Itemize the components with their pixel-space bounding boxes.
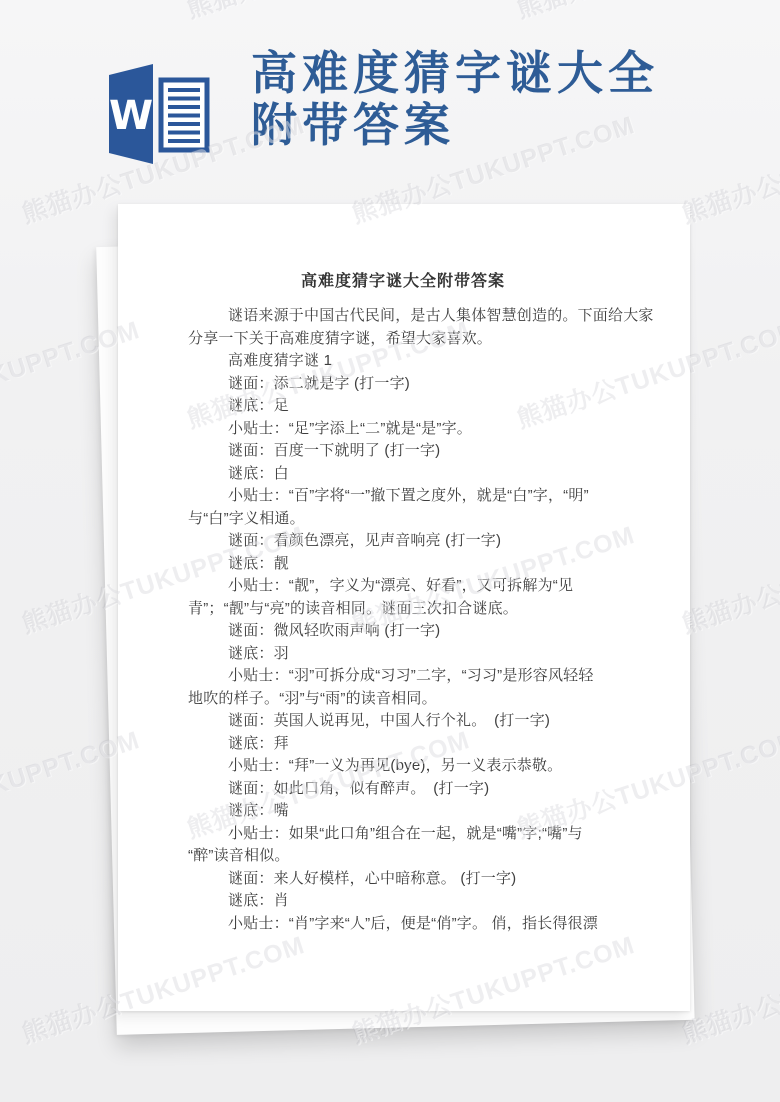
document-line: 谜面：如此口角，似有醉声。 (打一字): [188, 778, 648, 801]
document-line: 谜底：白: [188, 463, 648, 486]
page-title-line2: 附带答案: [251, 100, 659, 152]
page: W 高难度猜字谜大全 附带答案 高难度猜字谜大全附带答案 谜语来源于中国古代民间…: [0, 0, 780, 1102]
word-icon: W: [109, 61, 215, 168]
document-line: 谜面：百度一下就明了 (打一字): [188, 440, 648, 463]
document-line: 谜面：来人好模样，心中暗称意。 (打一字): [188, 868, 648, 891]
document-line: 谜底：羽: [188, 643, 648, 666]
document-line: 小贴士：“足”字添上“二”就是“是”字。: [188, 418, 648, 441]
document-line: “醉”读音相似。: [188, 845, 648, 868]
document-line: 分享一下关于高难度猜字谜，希望大家喜欢。: [188, 328, 648, 351]
document-line: 小贴士：“羽”可拆分成“习习”二字，“习习”是形容风轻轻: [188, 665, 648, 688]
document-line: 谜面：看颜色漂亮，见声音响亮 (打一字): [188, 530, 648, 553]
document-line: 地吹的样子。“羽”与“雨”的读音相同。: [188, 688, 648, 711]
document-line: 谜语来源于中国古代民间，是古人集体智慧创造的。下面给大家: [188, 305, 648, 328]
document-line: 小贴士：“百”字将“一”撤下置之度外，就是“白”字，“明”: [188, 485, 648, 508]
document-line: 谜面：英国人说再见，中国人行个礼。 (打一字): [188, 710, 648, 733]
svg-text:W: W: [109, 93, 153, 139]
document-line: 小贴士：“拜”一义为再见(bye)，另一义表示恭敬。: [188, 755, 648, 778]
document-line: 谜面：微风轻吹雨声响 (打一字): [188, 620, 648, 643]
document-line: 小贴士：“肖”字来“人”后，便是“俏”字。 俏，指长得很漂: [188, 913, 648, 936]
document-line: 谜底：靓: [188, 553, 648, 576]
document-line: 小贴士：如果“此口角”组合在一起，就是“嘴”字;“嘴”与: [188, 823, 648, 846]
document-line: 谜底：嘴: [188, 800, 648, 823]
document-line: 小贴士：“靓”，字义为“漂亮、好看”，又可拆解为“见: [188, 575, 648, 598]
document-line: 谜面：添二就是字 (打一字): [188, 373, 648, 396]
document-line: 谜底：肖: [188, 890, 648, 913]
document-line: 与“白”字义相通。: [188, 508, 648, 531]
page-title-line1: 高难度猜字谜大全: [251, 48, 659, 100]
document-line: 青”；“靓”与“亮”的读音相同。谜面三次扣合谜底。: [188, 598, 648, 621]
document-line: 高难度猜字谜 1: [188, 350, 648, 373]
document-line: 谜底：拜: [188, 733, 648, 756]
document-body: 谜语来源于中国古代民间，是古人集体智慧创造的。下面给大家分享一下关于高难度猜字谜…: [188, 305, 648, 935]
document-page: 高难度猜字谜大全附带答案 谜语来源于中国古代民间，是古人集体智慧创造的。下面给大…: [118, 204, 690, 1011]
watermark-text: 熊猫办公TUKUPPT.COM: [677, 515, 780, 641]
header: W 高难度猜字谜大全 附带答案: [0, 0, 780, 204]
document-title: 高难度猜字谜大全附带答案: [188, 268, 618, 291]
page-title: 高难度猜字谜大全 附带答案: [251, 48, 659, 152]
document-line: 谜底：足: [188, 395, 648, 418]
